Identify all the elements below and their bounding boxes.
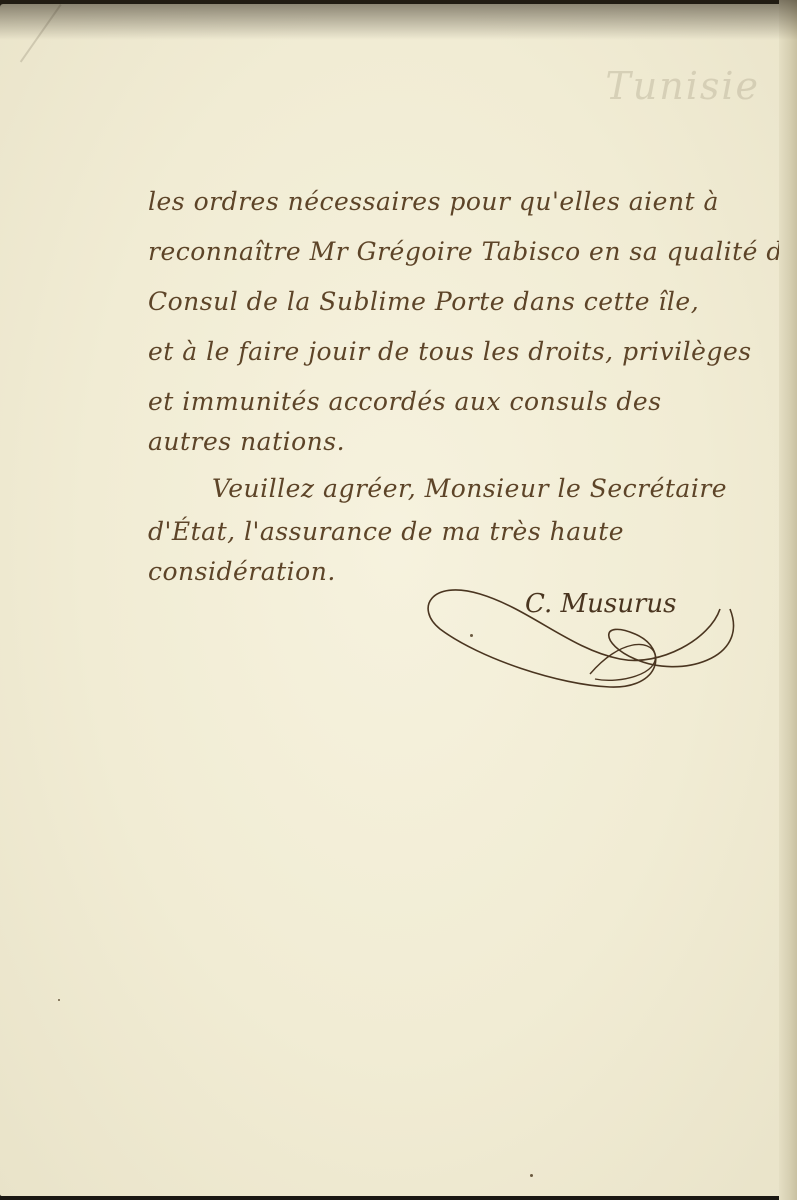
ink-speck (58, 999, 60, 1001)
ink-speck (530, 1174, 533, 1177)
text-line-3: Consul de la Sublime Porte dans cette îl… (148, 287, 699, 316)
page-edge (779, 0, 797, 1200)
bleed-through-text: Tunisie (605, 64, 760, 108)
text-line-5: et immunités accordés aux consuls des (148, 387, 662, 416)
scan-shadow (0, 0, 797, 40)
text-line-2: reconnaître Mr Grégoire Tabisco en sa qu… (148, 237, 797, 266)
ink-speck (470, 634, 473, 637)
signature: C. Musurus (525, 589, 676, 619)
text-line-1: les ordres nécessaires pour qu'elles aie… (148, 187, 719, 216)
text-line-6: autres nations. (148, 427, 345, 456)
text-line-4: et à le faire jouir de tous les droits, … (148, 337, 752, 366)
letter-page: Tunisie les ordres nécessaires pour qu'e… (0, 4, 790, 1196)
text-line-8: d'État, l'assurance de ma très haute (148, 517, 624, 546)
text-line-9: considération. (148, 557, 336, 586)
text-line-7: Veuillez agréer, Monsieur le Secrétaire (212, 474, 727, 503)
